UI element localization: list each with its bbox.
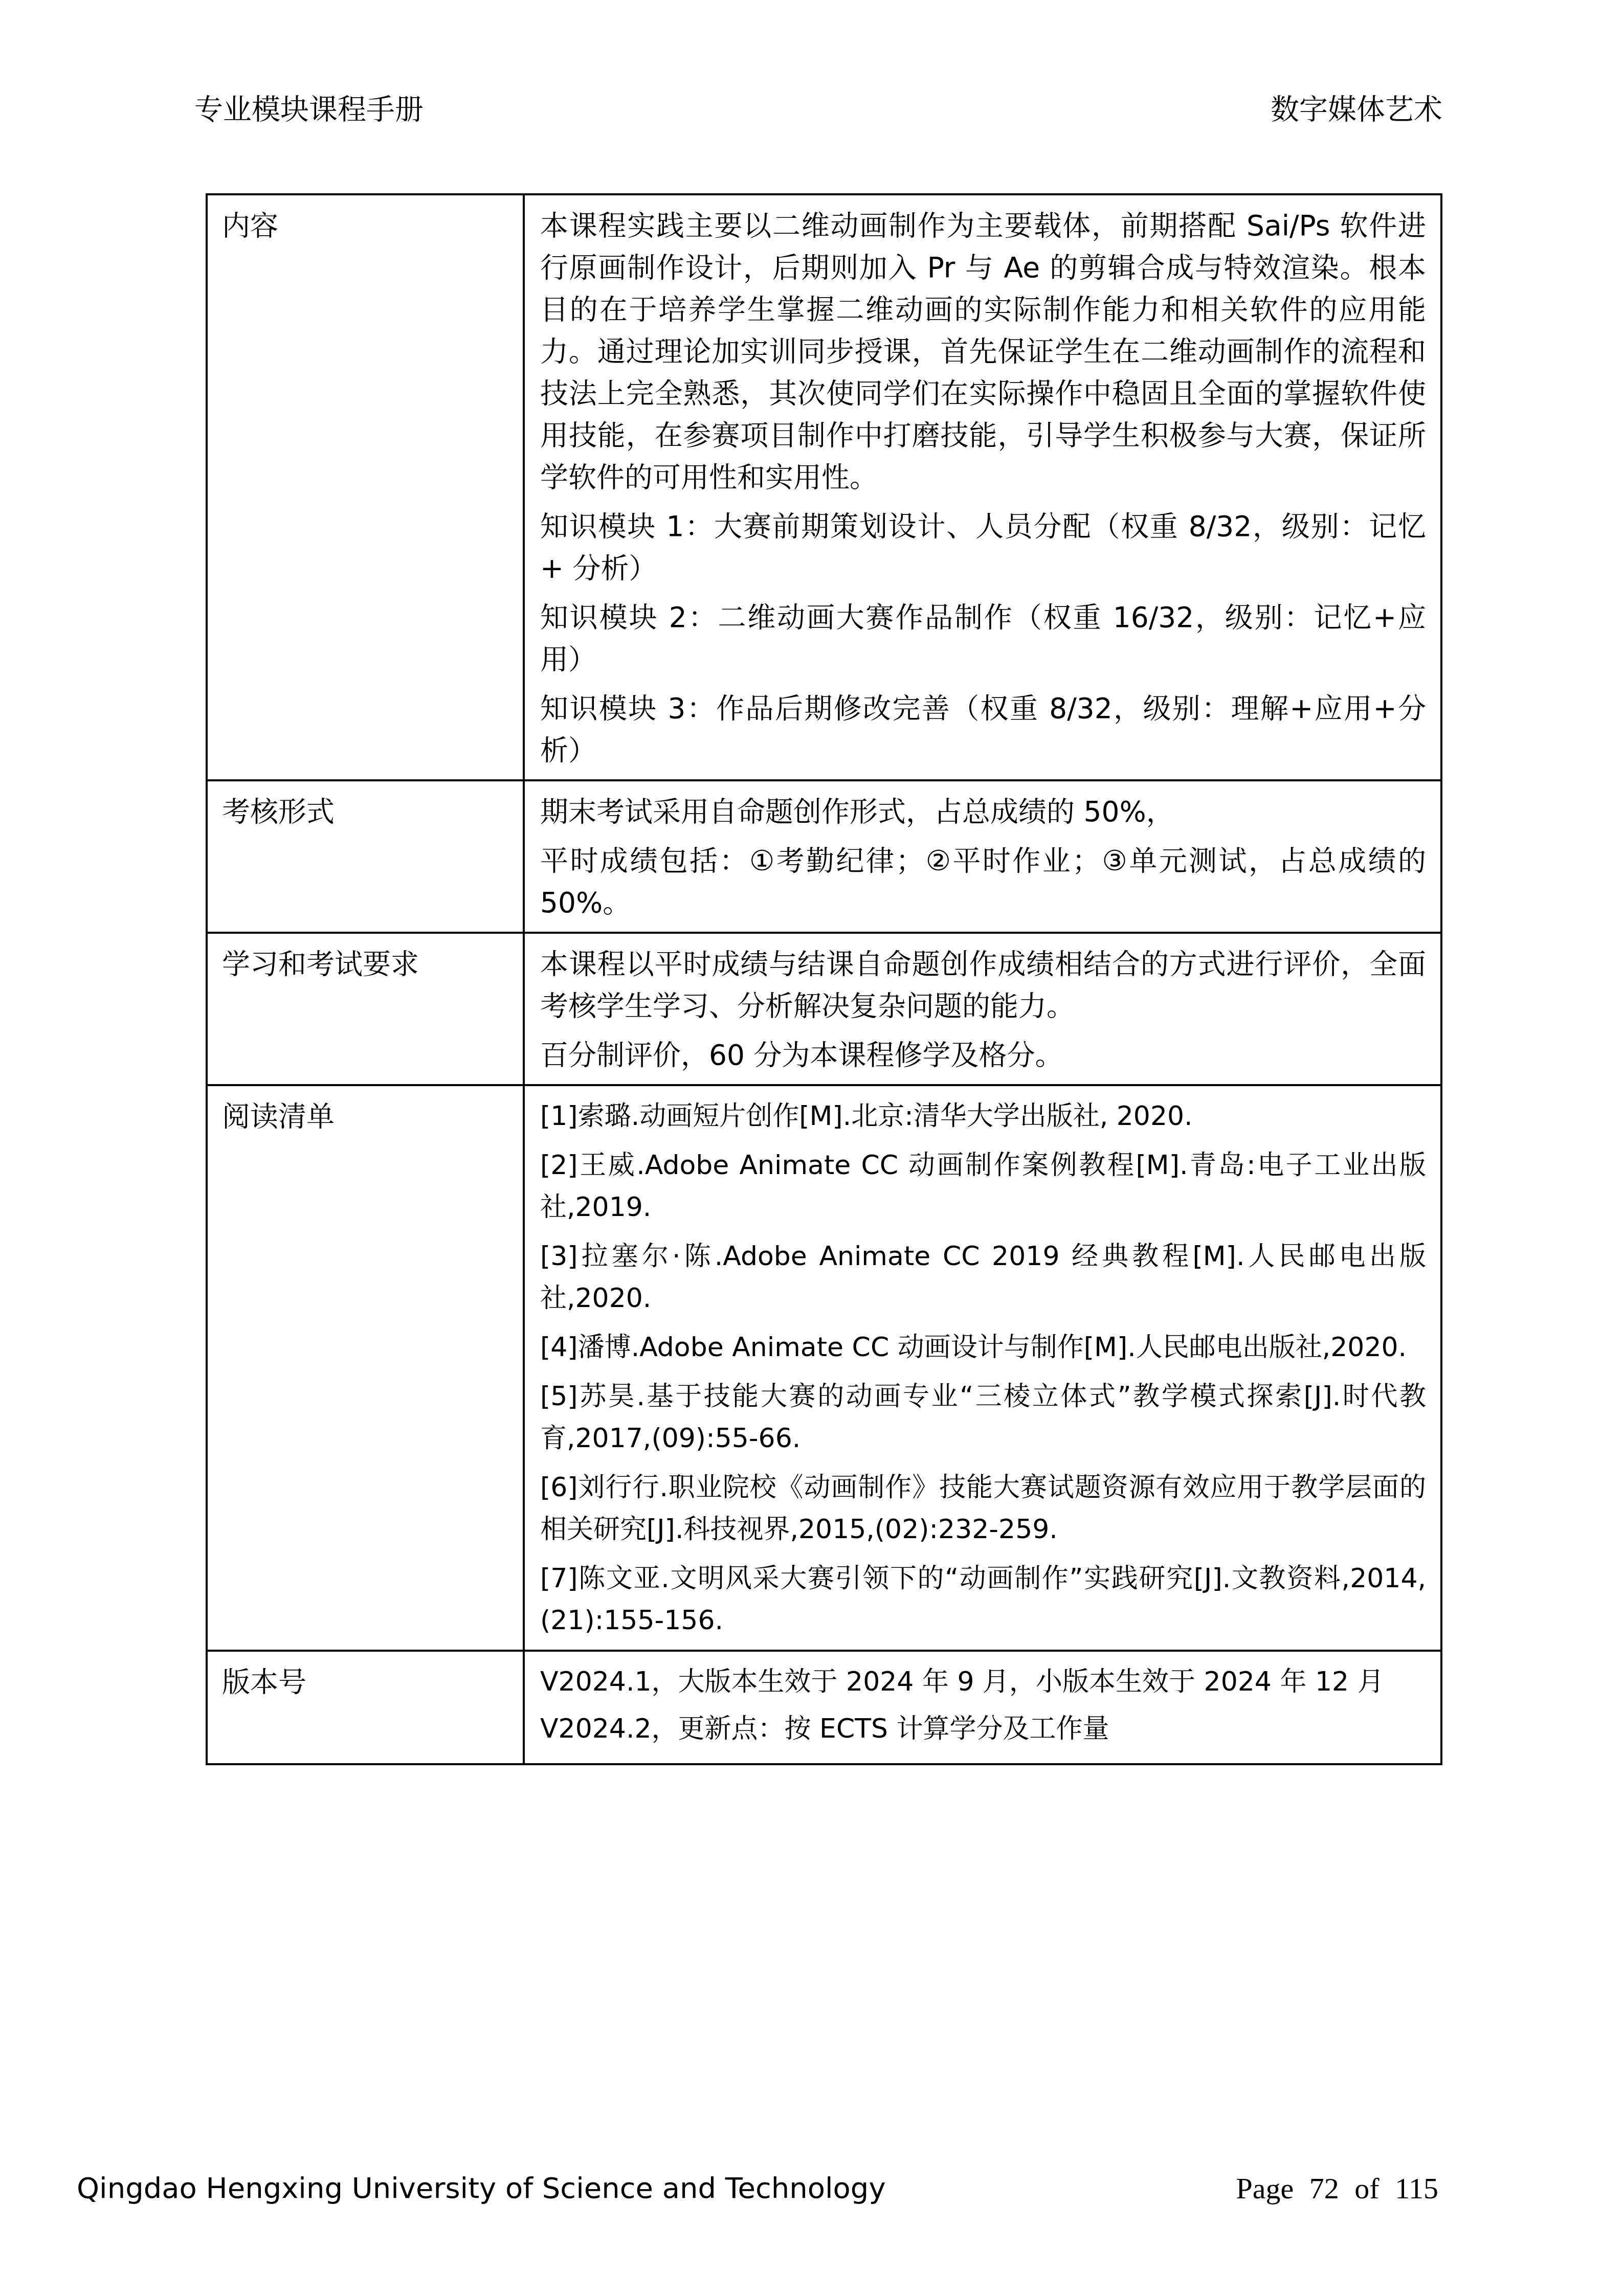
evaluation-method-text: 本课程以平时成绩与结课自命题创作成绩相结合的方式进行评价，全面考核学生学习、分析… — [540, 943, 1426, 1027]
row-content: 本课程实践主要以二维动画制作为主要载体，前期搭配 Sai/Ps 软件进行原画制作… — [524, 194, 1441, 780]
page-total: 115 — [1395, 2172, 1438, 2205]
reference-item: [4]潘博.Adobe Animate CC 动画设计与制作[M].人民邮电出版… — [540, 1326, 1426, 1368]
row-label: 内容 — [207, 194, 524, 780]
knowledge-module-1: 知识模块 1：大赛前期策划设计、人员分配（权重 8/32，级别：记忆 + 分析） — [540, 505, 1426, 589]
reference-item: [7]陈文亚.文明风采大赛引领下的“动画制作”实践研究[J].文教资料,2014… — [540, 1558, 1426, 1641]
row-content: 本课程以平时成绩与结课自命题创作成绩相结合的方式进行评价，全面考核学生学习、分析… — [524, 933, 1441, 1085]
reference-item: [1]索璐.动画短片创作[M].北京:清华大学出版社, 2020. — [540, 1095, 1426, 1137]
page-current: 72 — [1309, 2172, 1339, 2205]
page-header: 专业模块课程手册 数字媒体艺术 — [194, 92, 1442, 128]
reference-item: [5]苏昊.基于技能大赛的动画专业“三棱立体式”教学模式探索[J].时代教育,2… — [540, 1376, 1426, 1459]
version-entry: V2024.2，更新点：按 ECTS 计算学分及工作量 — [540, 1708, 1426, 1750]
header-major-name: 数字媒体艺术 — [1271, 92, 1442, 128]
table-row-content: 内容 本课程实践主要以二维动画制作为主要载体，前期搭配 Sai/Ps 软件进行原… — [207, 194, 1441, 780]
footer-institution: Qingdao Hengxing University of Science a… — [77, 2171, 886, 2207]
passing-score-text: 百分制评价，60 分为本课程修学及格分。 — [540, 1034, 1426, 1076]
row-label: 考核形式 — [207, 780, 524, 933]
regular-grade-text: 平时成绩包括：①考勤纪律；②平时作业；③单元测试，占总成绩的 50%。 — [540, 840, 1426, 924]
row-label: 版本号 — [207, 1651, 524, 1764]
table-row-version: 版本号 V2024.1，大版本生效于 2024 年 9 月，小版本生效于 202… — [207, 1651, 1441, 1764]
page-label: Page — [1236, 2172, 1294, 2205]
page-of: of — [1354, 2172, 1379, 2205]
header-manual-title: 专业模块课程手册 — [194, 92, 424, 128]
reference-item: [3]拉塞尔·陈.Adobe Animate CC 2019 经典教程[M].人… — [540, 1235, 1426, 1319]
knowledge-module-3: 知识模块 3：作品后期修改完善（权重 8/32，级别：理解+应用+分析） — [540, 687, 1426, 771]
page-footer: Qingdao Hengxing University of Science a… — [77, 2171, 1442, 2207]
course-module-table: 内容 本课程实践主要以二维动画制作为主要载体，前期搭配 Sai/Ps 软件进行原… — [206, 193, 1442, 1765]
row-content: V2024.1，大版本生效于 2024 年 9 月，小版本生效于 2024 年 … — [524, 1651, 1441, 1764]
table-row-requirements: 学习和考试要求 本课程以平时成绩与结课自命题创作成绩相结合的方式进行评价，全面考… — [207, 933, 1441, 1085]
row-label: 学习和考试要求 — [207, 933, 524, 1085]
table-row-reading-list: 阅读清单 [1]索璐.动画短片创作[M].北京:清华大学出版社, 2020. [… — [207, 1085, 1441, 1651]
knowledge-module-2: 知识模块 2：二维动画大赛作品制作（权重 16/32，级别：记忆+应用） — [540, 596, 1426, 680]
reference-item: [2]王威.Adobe Animate CC 动画制作案例教程[M].青岛:电子… — [540, 1144, 1426, 1228]
row-label: 阅读清单 — [207, 1085, 524, 1651]
row-content: 期末考试采用自命题创作形式，占总成绩的 50%， 平时成绩包括：①考勤纪律；②平… — [524, 780, 1441, 933]
version-entry: V2024.1，大版本生效于 2024 年 9 月，小版本生效于 2024 年 … — [540, 1661, 1426, 1703]
content-description: 本课程实践主要以二维动画制作为主要载体，前期搭配 Sai/Ps 软件进行原画制作… — [540, 205, 1426, 498]
final-exam-text: 期末考试采用自命题创作形式，占总成绩的 50%， — [540, 791, 1426, 832]
row-content: [1]索璐.动画短片创作[M].北京:清华大学出版社, 2020. [2]王威.… — [524, 1085, 1441, 1651]
table-row-assessment-form: 考核形式 期末考试采用自命题创作形式，占总成绩的 50%， 平时成绩包括：①考勤… — [207, 780, 1441, 933]
page-number: Page 72 of 115 — [1232, 2171, 1442, 2207]
reference-item: [6]刘行行.职业院校《动画制作》技能大赛试题资源有效应用于教学层面的相关研究[… — [540, 1467, 1426, 1550]
